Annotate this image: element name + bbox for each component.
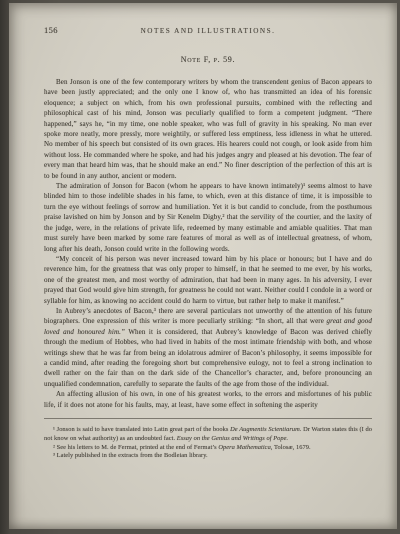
scanned-page: 156 NOTES AND ILLUSTRATIONS. Note F, p. … — [0, 0, 400, 534]
paragraph-1: Ben Jonson is one of the few contemporar… — [44, 77, 372, 181]
paragraph-4: In Aubrey’s anecdotes of Bacon,³ there a… — [44, 306, 372, 389]
book-page: 156 NOTES AND ILLUSTRATIONS. Note F, p. … — [9, 3, 397, 529]
text-segment: When it is considered, that Aubrey’s kno… — [44, 328, 372, 388]
running-header: NOTES AND ILLUSTRATIONS. — [78, 27, 338, 35]
note-heading: Note F, p. 59. — [44, 55, 372, 64]
paragraph-3: “My conceit of his person was never incr… — [44, 254, 372, 306]
text-segment: ² See his letters to M. de Fermat, print… — [53, 444, 218, 451]
footnote-divider — [44, 418, 372, 419]
page-number: 156 — [44, 25, 78, 35]
text-segment: Tolosæ, 1679. — [272, 444, 310, 451]
note-body: Ben Jonson is one of the few contemporar… — [44, 77, 372, 410]
footnote-1: ¹ Jonson is said to have translated into… — [44, 426, 372, 444]
text-segment: In Aubrey’s anecdotes of Bacon,³ there a… — [44, 307, 372, 325]
footnote-3: ³ Lately published in the extracts from … — [44, 452, 372, 461]
italic-book-title: Essay on the Genius and Writings of Pope… — [177, 435, 288, 442]
italic-book-title: Opera Mathematica, — [218, 444, 272, 451]
footnotes: ¹ Jonson is said to have translated into… — [44, 426, 372, 461]
page-content: 156 NOTES AND ILLUSTRATIONS. Note F, p. … — [44, 25, 372, 461]
page-header: 156 NOTES AND ILLUSTRATIONS. — [44, 25, 372, 35]
italic-book-title: De Augmentis Scientiarum. — [230, 426, 301, 433]
paragraph-5: An affecting allusion of his own, in one… — [44, 389, 372, 410]
paragraph-2: The admiration of Jonson for Bacon (whom… — [44, 181, 372, 254]
text-segment: ¹ Jonson is said to have translated into… — [53, 426, 230, 433]
